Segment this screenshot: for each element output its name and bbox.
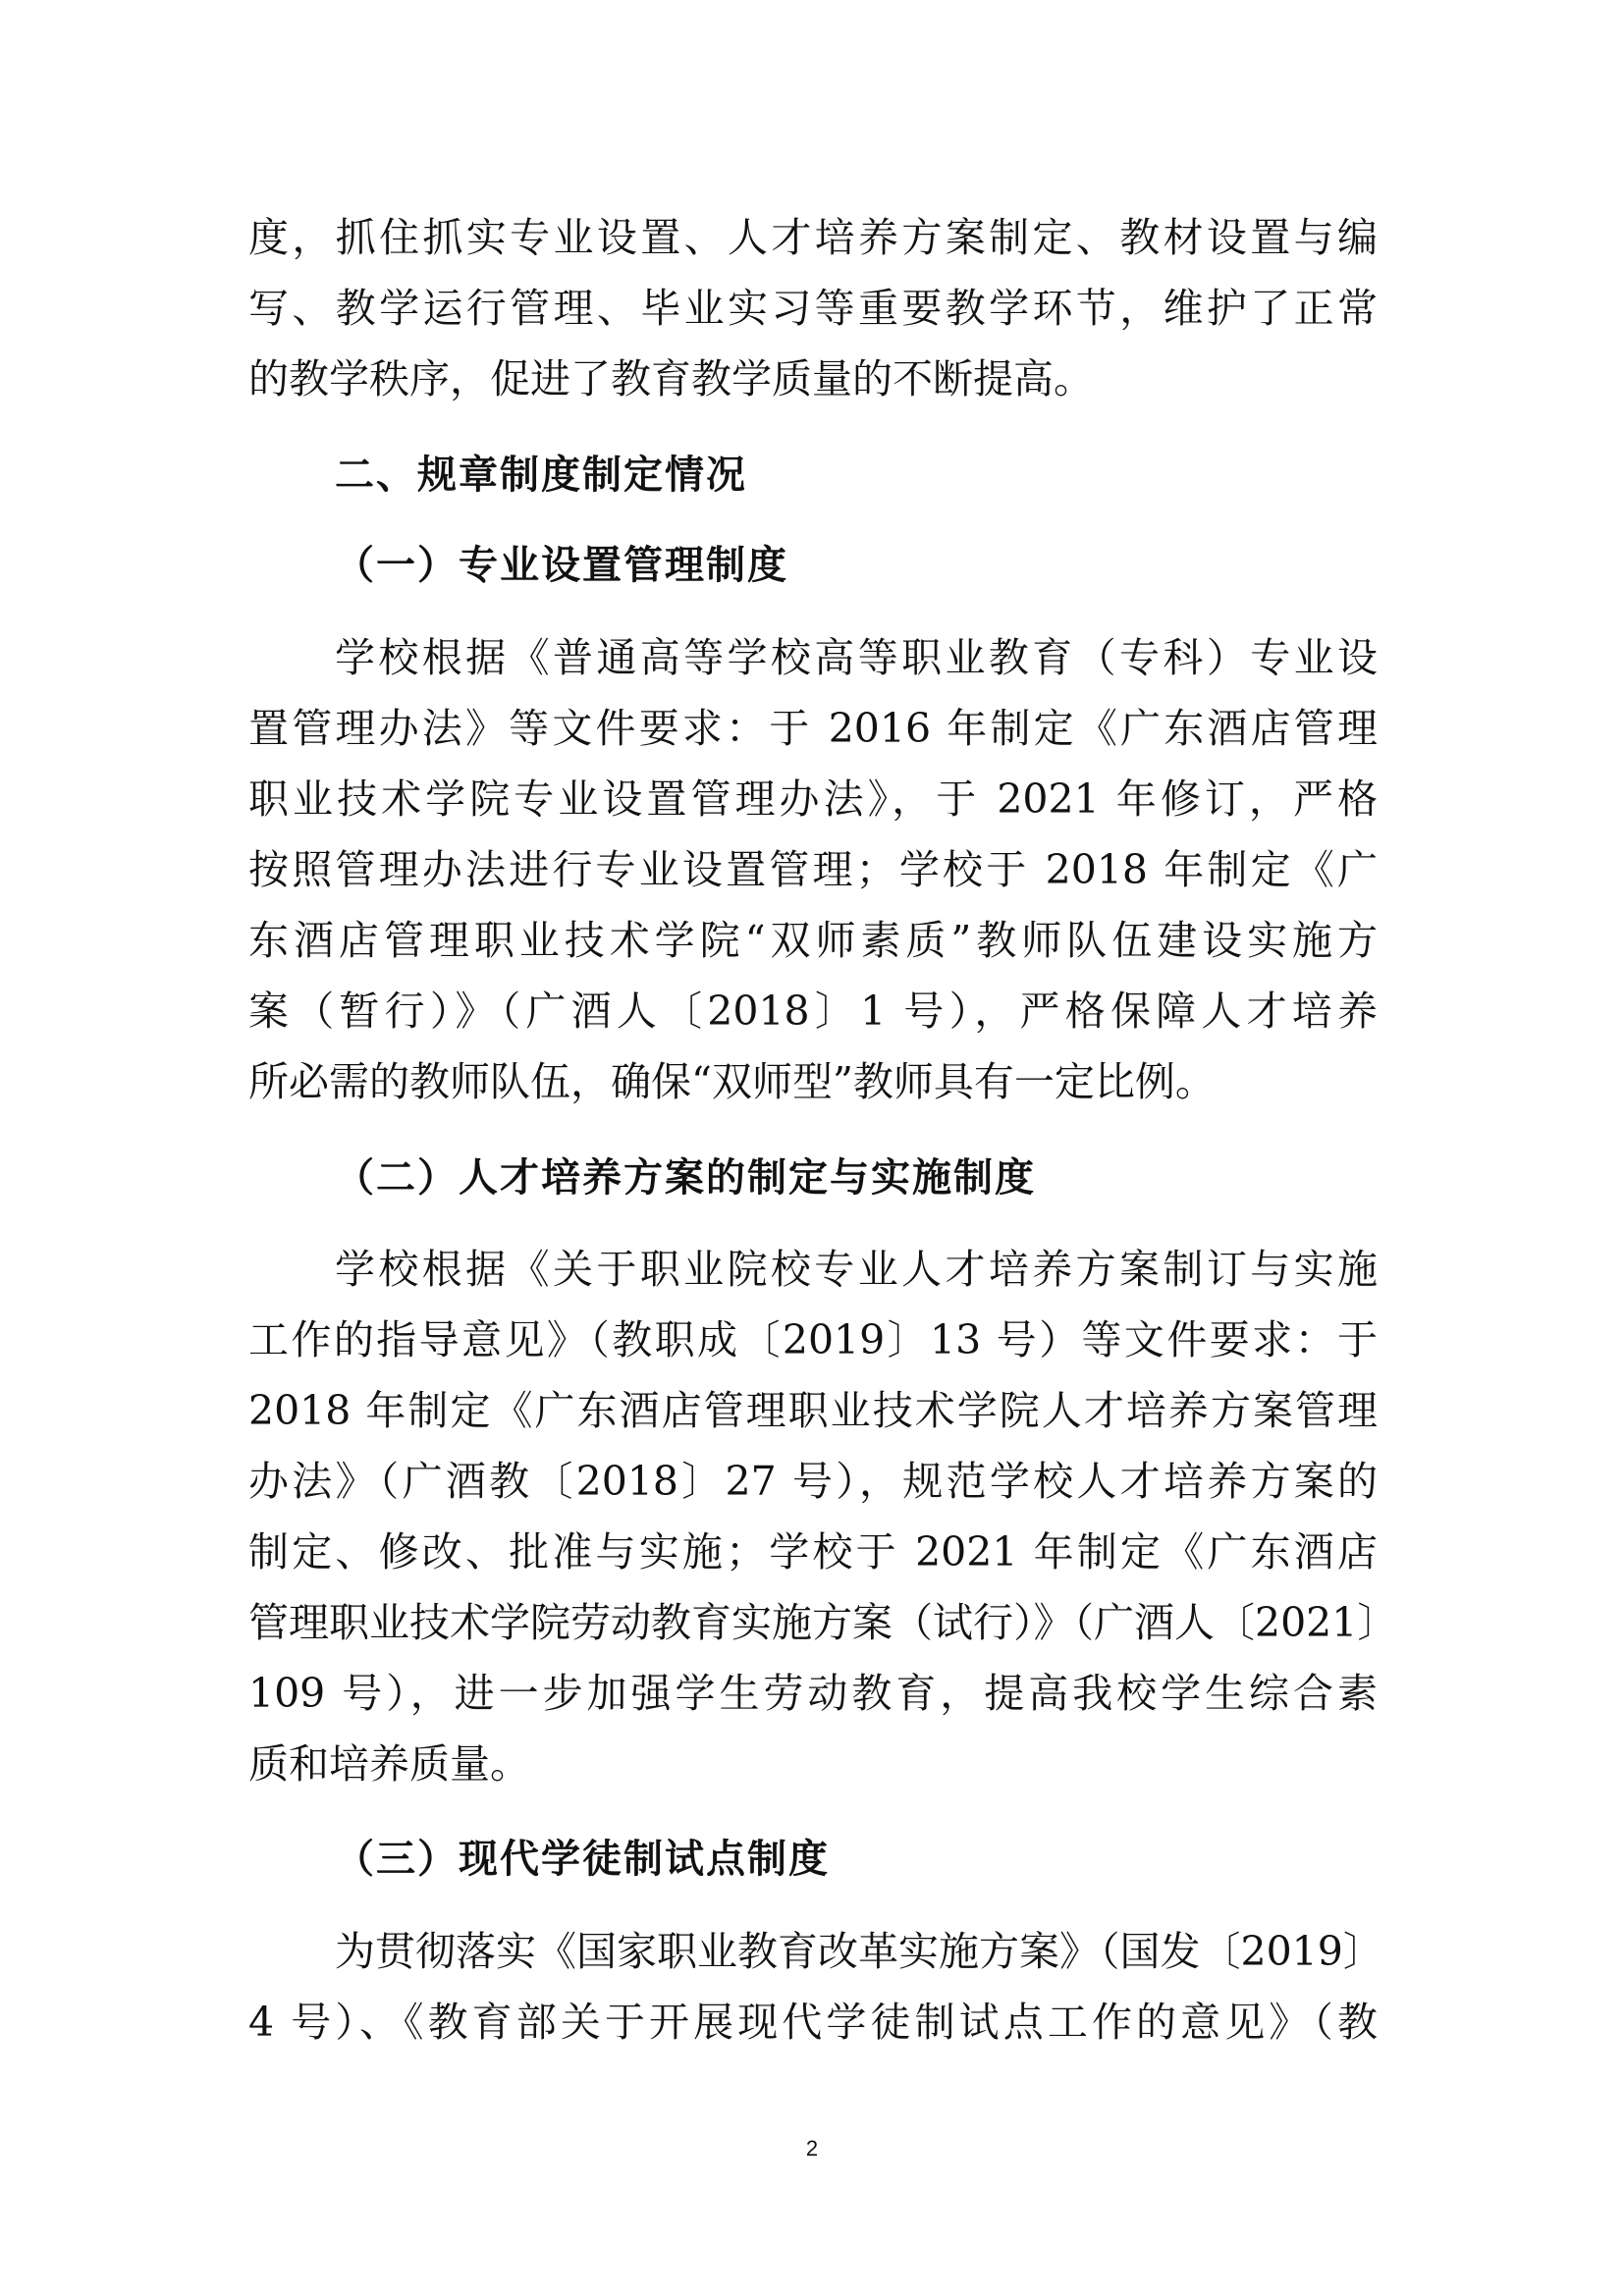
subsection-heading-2: （二）人才培养方案的制定与实施制度 — [335, 1143, 1036, 1213]
paragraph-line: 职业技术学院专业设置管理办法》，于 2021 年修订，严格 — [248, 764, 1378, 834]
paragraph-line: 置管理办法》等文件要求：于 2016 年制定《广东酒店管理 — [248, 693, 1378, 764]
paragraph-line: 学校根据《关于职业院校专业人才培养方案制订与实施 — [335, 1234, 1378, 1305]
paragraph-line: 109 号），进一步加强学生劳动教育，提高我校学生综合素 — [248, 1658, 1378, 1729]
paragraph-line: 所必需的教师队伍，确保“双师型”教师具有一定比例。 — [248, 1046, 1216, 1117]
paragraph-line: 学校根据《普通高等学校高等职业教育（专科）专业设 — [335, 622, 1378, 693]
subsection-heading-1: （一）专业设置管理制度 — [335, 530, 788, 601]
paragraph-line: 4 号）、《教育部关于开展现代学徒制试点工作的意见》（教 — [248, 1987, 1378, 2057]
section-heading: 二、规章制度制定情况 — [335, 440, 747, 510]
page-number: 2 — [0, 2136, 1624, 2162]
paragraph-line: 东酒店管理职业技术学院“双师素质”教师队伍建设实施方 — [248, 905, 1378, 976]
paragraph-line: 的教学秩序，促进了教育教学质量的不断提高。 — [248, 344, 1094, 414]
paragraph-line: 质和培养质量。 — [248, 1729, 530, 1799]
paragraph-line: 2018 年制定《广东酒店管理职业技术学院人才培养方案管理 — [248, 1375, 1378, 1446]
paragraph-line: 为贯彻落实《国家职业教育改革实施方案》（国发〔2019〕 — [335, 1916, 1378, 1987]
paragraph-line: 办法》（广酒教〔2018〕27 号），规范学校人才培养方案的 — [248, 1446, 1378, 1517]
paragraph-line: 写、教学运行管理、毕业实习等重要教学环节，维护了正常 — [248, 273, 1378, 344]
paragraph-line: 管理职业技术学院劳动教育实施方案（试行）》（广酒人〔2021〕 — [248, 1587, 1378, 1658]
paragraph-line: 工作的指导意见》（教职成〔2019〕13 号）等文件要求：于 — [248, 1305, 1378, 1375]
paragraph-line: 度，抓住抓实专业设置、人才培养方案制定、教材设置与编 — [248, 202, 1378, 273]
paragraph-line: 案（暂行）》（广酒人〔2018〕1 号），严格保障人才培养 — [248, 976, 1378, 1046]
subsection-heading-3: （三）现代学徒制试点制度 — [335, 1824, 830, 1895]
paragraph-line: 制定、修改、批准与实施；学校于 2021 年制定《广东酒店 — [248, 1517, 1378, 1587]
paragraph-line: 按照管理办法进行专业设置管理；学校于 2018 年制定《广 — [248, 834, 1378, 905]
